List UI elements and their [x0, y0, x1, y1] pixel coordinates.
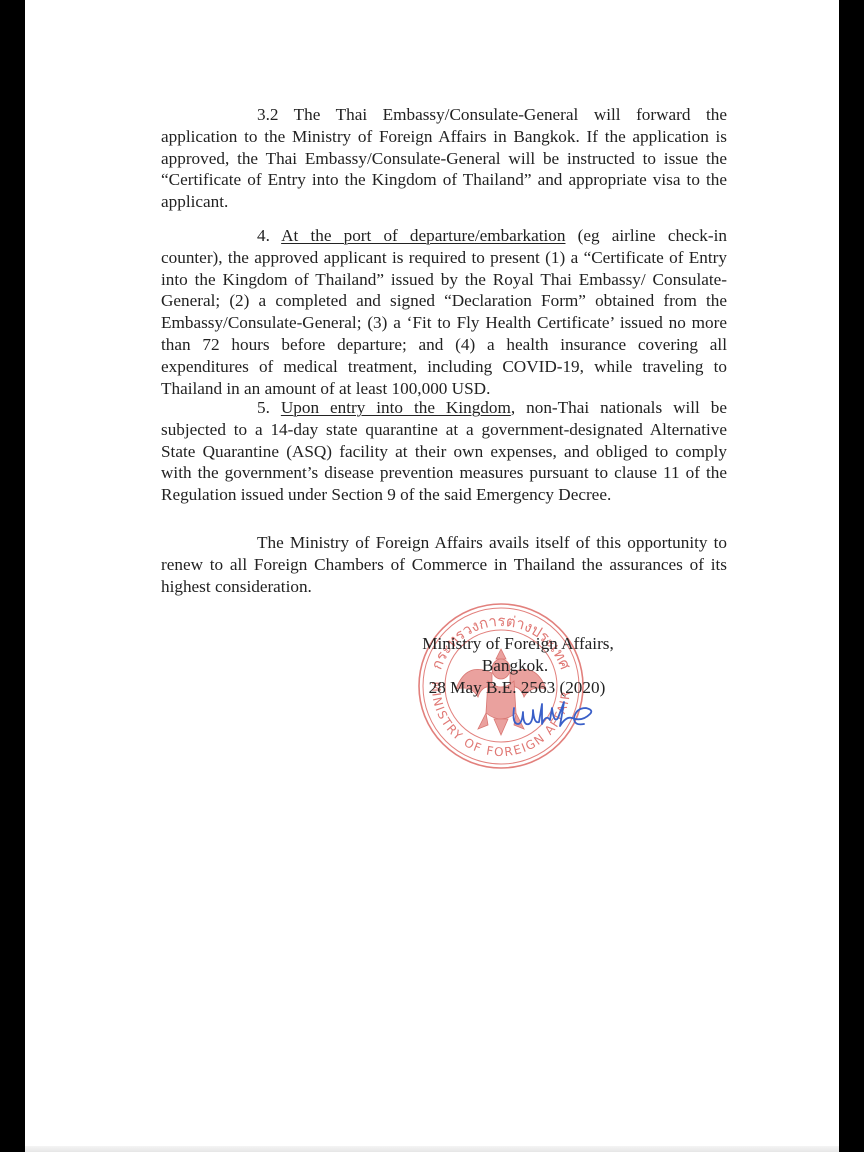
- paragraph-text: The Thai Embassy/Consulate-General will …: [161, 105, 727, 211]
- signature-block: Ministry of Foreign Affairs, Bangkok. 28…: [405, 633, 625, 699]
- paragraph-heading: Upon entry into the Kingdom: [281, 398, 511, 417]
- closing-paragraph: The Ministry of Foreign Affairs avails i…: [161, 532, 727, 597]
- paragraph-number: 5.: [257, 398, 270, 417]
- paragraph-number: 3.2: [257, 105, 278, 124]
- paragraph-5: 5. Upon entry into the Kingdom, non-Thai…: [161, 397, 727, 506]
- paragraph-3-2: 3.2 The Thai Embassy/Consulate-General w…: [161, 104, 727, 213]
- page-edge: [25, 1146, 839, 1152]
- paragraph-number: 4.: [257, 226, 270, 245]
- signatory-name: Ministry of Foreign Affairs,: [411, 633, 625, 655]
- handwritten-signature-icon: [508, 694, 598, 736]
- signatory-location: Bangkok.: [405, 655, 625, 677]
- paragraph-text: (eg airline check-in counter), the appro…: [161, 226, 727, 398]
- paragraph-heading: At the port of departure/embarkation: [281, 226, 565, 245]
- paragraph-4: 4. At the port of departure/embarkation …: [161, 225, 727, 399]
